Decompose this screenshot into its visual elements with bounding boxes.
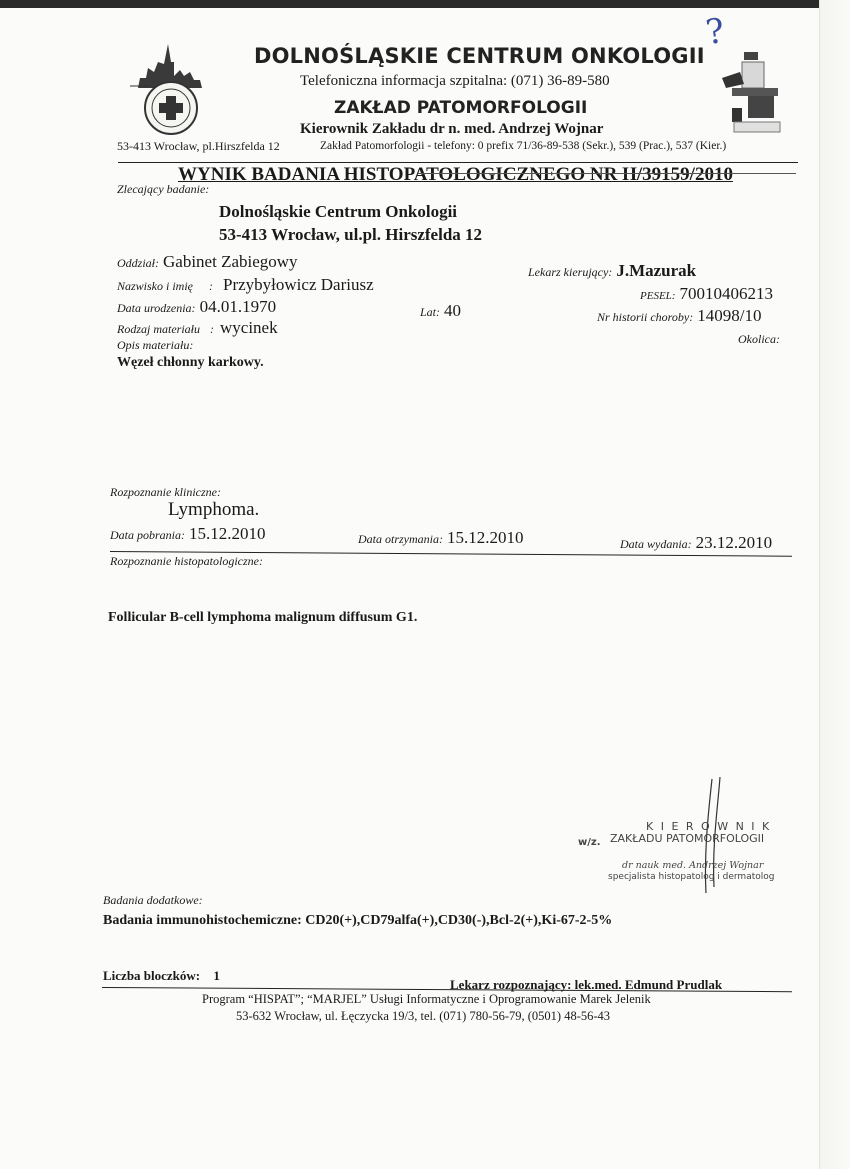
history-label: Nr historii choroby: — [597, 310, 693, 324]
stamp-prefix: w/z. — [578, 837, 601, 848]
stamp-doctor: dr nauk med. Andrzej Wojnar — [622, 860, 763, 871]
scan-edge-right — [819, 0, 850, 1169]
department-phones: Zakład Patomorfologii - telefony: 0 pref… — [320, 140, 726, 152]
region-label: Okolica: — [738, 332, 780, 347]
immunohistochemistry-results: Badania immunohistochemiczne: CD20(+),CD… — [103, 913, 612, 929]
ordering-label: Zlecający badanie: — [117, 182, 209, 197]
collected-date: 15.12.2010 — [189, 524, 266, 543]
department-name: ZAKŁAD PATOMORFOLOGII — [334, 98, 587, 118]
age-value: 40 — [444, 301, 461, 320]
header-divider — [118, 162, 798, 163]
histopathology-label: Rozpoznanie histopatologiczne: — [110, 554, 263, 569]
pesel-value: 70010406213 — [679, 284, 773, 303]
patient-name: Przybyłowicz Dariusz — [223, 275, 374, 294]
issued-date: 23.12.2010 — [696, 533, 773, 552]
history-value: 14098/10 — [697, 306, 761, 325]
material-type-label: Rodzaj materiału — [117, 322, 200, 336]
material-type-field: Rodzaj materiału : wycinek — [117, 318, 278, 338]
received-date: 15.12.2010 — [447, 528, 524, 547]
department-head: Kierownik Zakładu dr n. med. Andrzej Woj… — [300, 121, 603, 138]
collected-date-field: Data pobrania: 15.12.2010 — [110, 524, 266, 544]
referring-field: Lekarz kierujący: J.Mazurak — [528, 261, 696, 281]
ward-field: Oddział: Gabinet Zabiegowy — [117, 252, 298, 272]
age-field: Lat: 40 — [420, 301, 461, 321]
title-line — [418, 173, 796, 174]
ordering-address: 53-413 Wrocław, ul.pl. Hirszfelda 12 — [219, 225, 482, 245]
name-label: Nazwisko i imię — [117, 279, 193, 293]
material-type-value: wycinek — [220, 318, 278, 337]
clinical-label: Rozpoznanie kliniczne: — [110, 485, 221, 500]
clinical-diagnosis: Lymphoma. — [168, 499, 259, 521]
handwritten-question-mark: ? — [703, 11, 727, 53]
referring-value: J.Mazurak — [616, 261, 696, 280]
hospital-address: 53-413 Wrocław, pl.Hirszfelda 12 — [117, 139, 280, 154]
histopathology-diagnosis: Follicular B-cell lymphoma malignum diff… — [108, 610, 417, 626]
software-address: 53-632 Wrocław, ul. Łęczycka 19/3, tel. … — [236, 1009, 610, 1024]
received-date-field: Data otrzymania: 15.12.2010 — [358, 528, 524, 548]
stamp-department: ZAKŁADU PATOMORFOLOGII — [610, 832, 764, 845]
dob-value: 04.01.1970 — [200, 297, 277, 316]
stamp-specialty: specjalista histopatolog i dermatolog — [608, 872, 774, 882]
blocks-field: Liczba bloczków: 1 — [103, 968, 220, 984]
issued-date-field: Data wydania: 23.12.2010 — [620, 533, 772, 553]
ward-label: Oddział: — [117, 256, 159, 270]
age-label: Lat: — [420, 305, 440, 319]
material-desc-label: Opis materiału: — [117, 338, 193, 353]
report-title: WYNIK BADANIA HISTOPATOLOGICZNEGO NR H/3… — [178, 164, 733, 186]
pesel-field: PESEL: 70010406213 — [640, 284, 773, 304]
ward-value: Gabinet Zabiegowy — [163, 252, 298, 271]
dob-label: Data urodzenia: — [117, 301, 196, 315]
scan-edge-top — [0, 0, 850, 8]
microscope-icon — [718, 48, 790, 138]
ordering-name: Dolnośląskie Centrum Onkologii — [219, 202, 457, 222]
additional-label: Badania dodatkowe: — [103, 893, 203, 908]
patient-name-field: Nazwisko i imię : Przybyłowicz Dariusz — [117, 275, 374, 295]
dob-field: Data urodzenia: 04.01.1970 — [117, 297, 276, 317]
software-credit: Program “HISPAT”; “MARJEL” Usługi Inform… — [202, 992, 651, 1007]
pesel-label: PESEL: — [640, 290, 675, 302]
history-field: Nr historii choroby: 14098/10 — [597, 306, 761, 326]
hospital-phone-info: Telefoniczna informacja szpitalna: (071)… — [300, 73, 610, 90]
hospital-crest-logo-icon — [128, 42, 214, 138]
institution-name: DOLNOŚLĄSKIE CENTRUM ONKOLOGII — [254, 44, 705, 68]
blocks-count: 1 — [213, 968, 220, 983]
referring-label: Lekarz kierujący: — [528, 265, 612, 279]
material-description: Węzeł chłonny karkowy. — [117, 355, 264, 371]
